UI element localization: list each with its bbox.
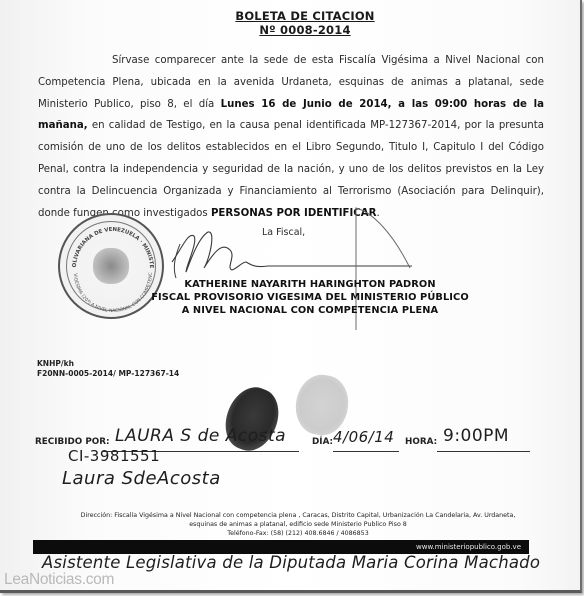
fiscal-jurisdiction: A NIVEL NACIONAL CON COMPETENCIA PLENA	[130, 305, 490, 316]
received-by-value: LAURA S de Acosta	[115, 426, 286, 446]
document-number: Nº 0008-2014	[0, 23, 584, 37]
summons-body: Sírvase comparecer ante la sede de esta …	[38, 50, 544, 224]
watermark: LeaNoticias.com	[4, 571, 114, 589]
fiscal-name: KATHERINE NAYARITH HARINGHTON PADRON	[130, 279, 490, 290]
day-label: DÍA:	[312, 437, 333, 447]
case-reference: F20NN-0005-2014/ MP-127367-14	[37, 369, 179, 378]
initials-reference: KNHP/kh	[37, 359, 74, 368]
recipient-signature: Laura SdeAcosta	[62, 468, 221, 489]
website-link[interactable]: www.ministeriopublico.gob.ve	[416, 543, 521, 551]
footer-bar: www.ministeriopublico.gob.ve	[33, 540, 529, 554]
handwritten-note: Asistente Legislativa de la Diputada Mar…	[42, 553, 540, 572]
day-value: 4/06/14	[333, 428, 394, 446]
footer-address-line2: esquinas de animas a platanal, edificio …	[40, 521, 556, 529]
hour-label: HORA:	[405, 437, 437, 447]
footer-address-line1: Dirección: Fiscalía Vigésima a Nivel Nac…	[40, 512, 556, 520]
official-seal: REPUBLICA BOLIVARIANA DE VENEZUELA · MIN…	[58, 213, 164, 319]
seal-top-text: REPUBLICA BOLIVARIANA DE VENEZUELA · MIN…	[60, 215, 154, 269]
investigated-persons: PERSONAS POR IDENTIFICAR	[211, 208, 377, 219]
received-by-label: RECIBIDO POR:	[35, 437, 110, 447]
fiscal-role: FISCAL PROVISORIO VIGESIMA DEL MINISTERI…	[130, 292, 490, 303]
fiscal-salutation: La Fiscal,	[262, 227, 305, 238]
id-number: CI-3981551	[68, 447, 160, 465]
hour-value: 9:00PM	[443, 426, 509, 446]
svg-text:REPUBLICA BOLIVARIANA DE VENEZ: REPUBLICA BOLIVARIANA DE VENEZUELA · MIN…	[60, 215, 154, 269]
body-text-2: en calidad de Testigo, en la causa penal…	[38, 120, 544, 218]
document-title: BOLETA DE CITACION	[0, 9, 584, 23]
footer-phone: Teléfono-Fax: (58) (212) 408.6846 / 4086…	[40, 530, 556, 538]
